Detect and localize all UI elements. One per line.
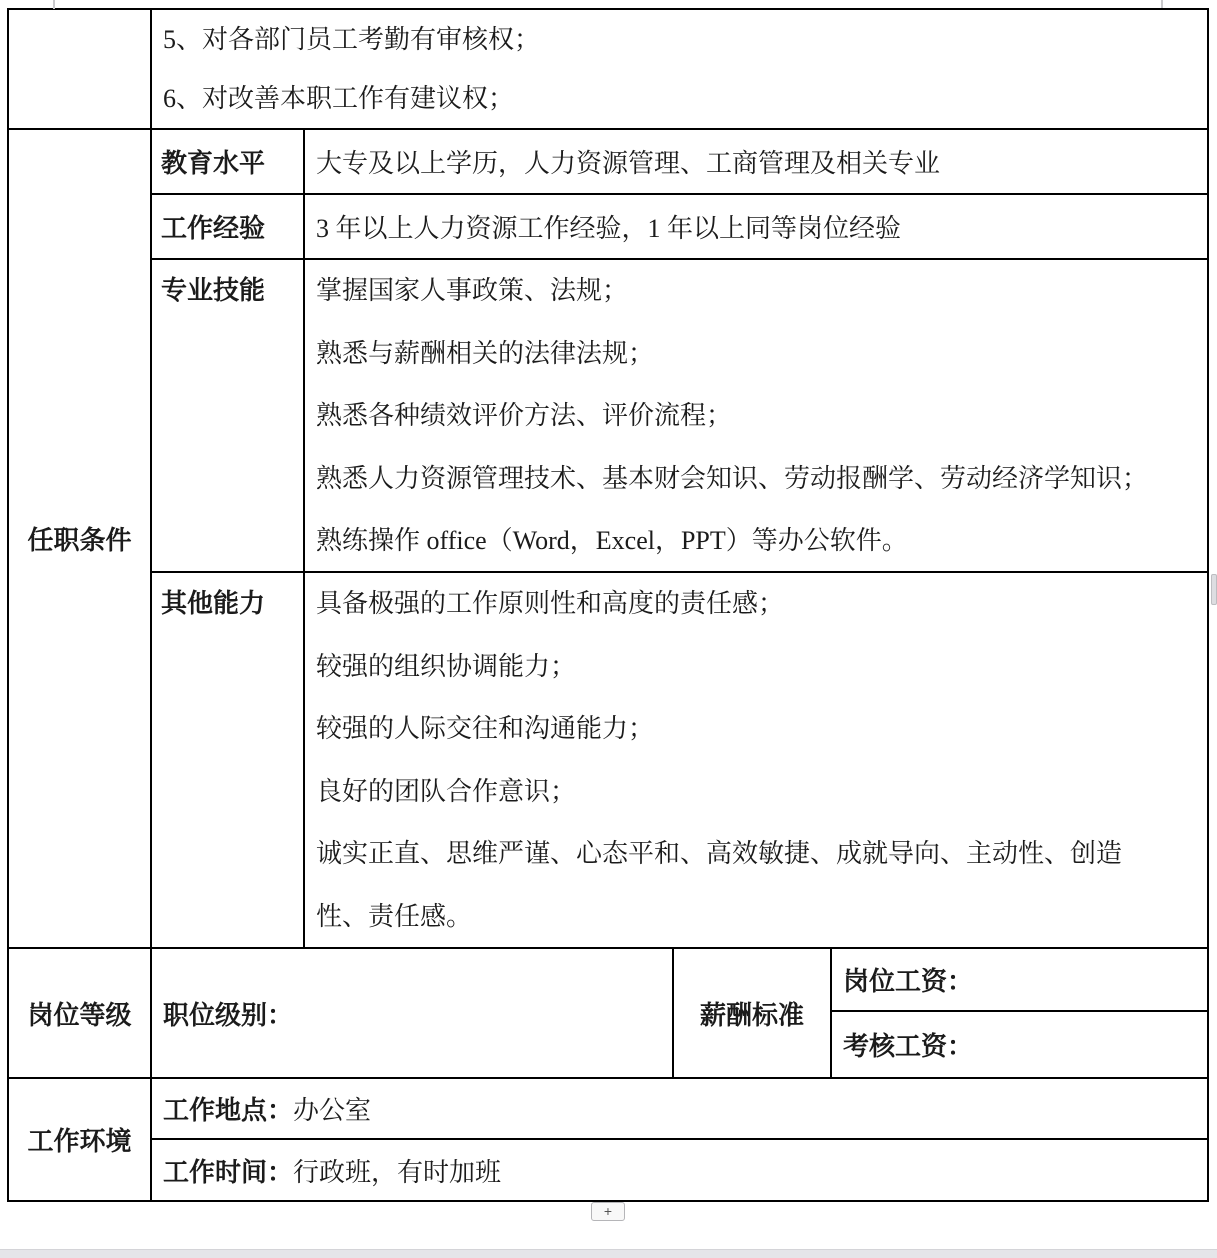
row-header-education[interactable]: 教育水平 [150, 128, 303, 193]
qualifications-label-text: 任职条件 [27, 520, 131, 557]
empty-header-cell [9, 10, 150, 128]
post-salary-label-text: 岗位工资： [843, 961, 973, 998]
plus-icon: + [604, 1203, 612, 1219]
job-description-table: 5、对各部门员工考勤有审核权； 6、对改善本职工作有建议权； 任职条件 教育水平… [7, 8, 1209, 1202]
vertical-scrollbar-thumb[interactable] [1211, 574, 1217, 605]
grade-label-text: 岗位等级 [27, 995, 131, 1032]
duty-line-5: 5、对各部门员工考勤有审核权； [163, 10, 1207, 69]
duty-line-6: 6、对改善本职工作有建议权； [163, 69, 1207, 128]
skills-label-text: 专业技能 [161, 260, 303, 323]
work-time-label-text: 工作时间： [163, 1158, 293, 1187]
skills-line: 熟悉与薪酬相关的法律法规； [316, 323, 1207, 386]
education-value-text: 大专及以上学历，人力资源管理、工商管理及相关专业 [316, 143, 940, 180]
work-location-cell[interactable]: 工作地点：办公室 [150, 1077, 1207, 1138]
row-header-skills[interactable]: 专业技能 [150, 258, 303, 571]
row-header-other-abilities[interactable]: 其他能力 [150, 571, 303, 947]
ability-line: 良好的团队合作意识； [316, 761, 1207, 824]
ability-line: 诚实正直、思维严谨、心态平和、高效敏捷、成就导向、主动性、创造 [316, 823, 1207, 886]
row-header-experience[interactable]: 工作经验 [150, 193, 303, 258]
work-location-value-text: 办公室 [293, 1096, 371, 1125]
duties-continuation-cell[interactable]: 5、对各部门员工考勤有审核权； 6、对改善本职工作有建议权； [150, 10, 1207, 128]
experience-label-text: 工作经验 [161, 208, 265, 245]
other-abilities-value-cell[interactable]: 具备极强的工作原则性和高度的责任感； 较强的组织协调能力； 较强的人际交往和沟通… [303, 571, 1207, 947]
skills-value-cell[interactable]: 掌握国家人事政策、法规； 熟悉与薪酬相关的法律法规； 熟悉各种绩效评价方法、评价… [303, 258, 1207, 571]
post-salary-cell[interactable]: 岗位工资： [830, 947, 1207, 1010]
experience-value-cell[interactable]: 3 年以上人力资源工作经验，1 年以上同等岗位经验 [303, 193, 1207, 258]
position-level-label-text: 职位级别： [163, 995, 293, 1032]
position-level-cell[interactable]: 职位级别： [150, 947, 672, 1077]
assessment-salary-cell[interactable]: 考核工资： [830, 1010, 1207, 1077]
ruler-tick-right [1161, 0, 1163, 8]
education-label-text: 教育水平 [161, 143, 265, 180]
section-label-grade[interactable]: 岗位等级 [9, 947, 150, 1077]
section-label-qualifications[interactable]: 任职条件 [9, 128, 150, 947]
experience-value-text: 3 年以上人力资源工作经验，1 年以上同等岗位经验 [316, 208, 901, 245]
salary-standard-label-text: 薪酬标准 [700, 995, 804, 1032]
salary-standard-cell[interactable]: 薪酬标准 [672, 947, 830, 1077]
insert-row-plus-button[interactable]: + [591, 1202, 625, 1221]
work-time-value-text: 行政班，有时加班 [293, 1158, 501, 1187]
skills-line: 掌握国家人事政策、法规； [316, 260, 1207, 323]
other-abilities-label-text: 其他能力 [161, 573, 303, 636]
skills-line: 熟悉人力资源管理技术、基本财会知识、劳动报酬学、劳动经济学知识； [316, 448, 1207, 511]
education-value-cell[interactable]: 大专及以上学历，人力资源管理、工商管理及相关专业 [303, 128, 1207, 193]
skills-line: 熟练操作 office（Word，Excel，PPT）等办公软件。 [316, 510, 1207, 571]
skills-line: 熟悉各种绩效评价方法、评价流程； [316, 385, 1207, 448]
ability-line: 具备极强的工作原则性和高度的责任感； [316, 573, 1207, 636]
assessment-salary-label-text: 考核工资： [843, 1026, 973, 1063]
ability-line: 较强的人际交往和沟通能力； [316, 698, 1207, 761]
environment-label-text: 工作环境 [27, 1121, 131, 1158]
work-location-label-text: 工作地点： [163, 1096, 293, 1125]
section-label-environment[interactable]: 工作环境 [9, 1077, 150, 1200]
ability-line: 较强的组织协调能力； [316, 636, 1207, 699]
ruler-tick-left [53, 0, 55, 9]
horizontal-scrollbar-track[interactable] [0, 1249, 1217, 1258]
work-time-cell[interactable]: 工作时间：行政班，有时加班 [150, 1138, 1207, 1200]
ability-line: 性、责任感。 [316, 886, 1207, 947]
